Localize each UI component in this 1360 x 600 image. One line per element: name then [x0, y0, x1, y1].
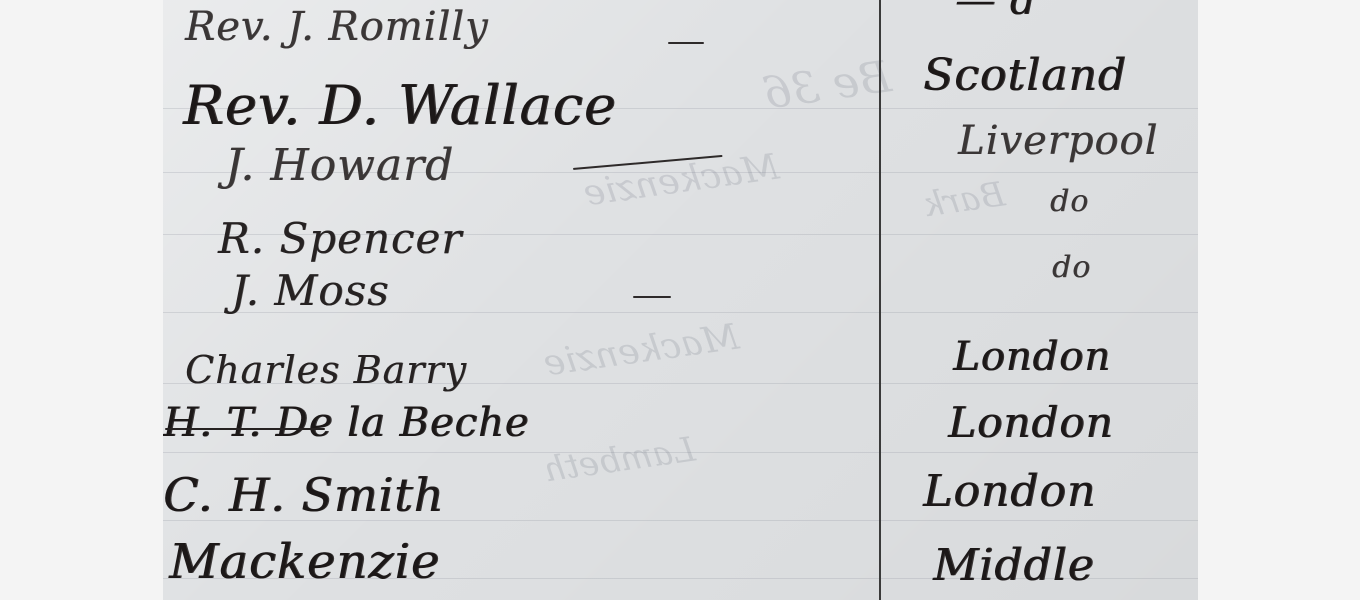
bleed-through-text: Bark: [921, 174, 1008, 225]
place-entry: do: [1050, 184, 1089, 219]
column-divider: [879, 0, 881, 600]
place-entry: London: [948, 398, 1113, 447]
signature-entry: Charles Barry: [185, 348, 467, 392]
bleed-through-text: Mackenzie: [541, 317, 741, 385]
signature-entry: Mackenzie: [169, 534, 440, 590]
bleed-through-text: Be 36: [760, 51, 894, 119]
bleed-through-text: Mackenzie: [581, 147, 781, 215]
strike-through: [165, 428, 325, 430]
signature-entry: Rev. D. Wallace: [183, 74, 617, 137]
signature-entry: H. T. De la Beche: [163, 400, 529, 446]
signature-entry: C. H. Smith: [163, 468, 444, 522]
place-entry: Middle: [933, 540, 1095, 591]
register-page-photo: Be 36 Mackenzie Bark Mackenzie Lambeth R…: [163, 0, 1198, 600]
entry-dash: [668, 42, 704, 44]
place-entry: Scotland: [923, 50, 1127, 101]
signature-entry: J. Moss: [231, 266, 390, 315]
signature-flourish: [573, 155, 723, 170]
place-entry: London: [953, 334, 1111, 380]
place-entry: London: [923, 466, 1096, 517]
viewer-stage: Be 36 Mackenzie Bark Mackenzie Lambeth R…: [0, 0, 1360, 600]
ruled-line: [163, 452, 1198, 453]
entry-dash: [633, 296, 671, 298]
place-entry: Liverpool: [958, 118, 1158, 164]
signature-entry: Rev. J. Romilly: [185, 4, 489, 50]
place-entry: do: [1052, 250, 1091, 285]
place-fragment: — d: [955, 0, 1036, 24]
signature-entry: J. Howard: [225, 140, 454, 191]
bleed-through-text: Lambeth: [541, 430, 698, 491]
signature-entry: R. Spencer: [218, 214, 462, 263]
